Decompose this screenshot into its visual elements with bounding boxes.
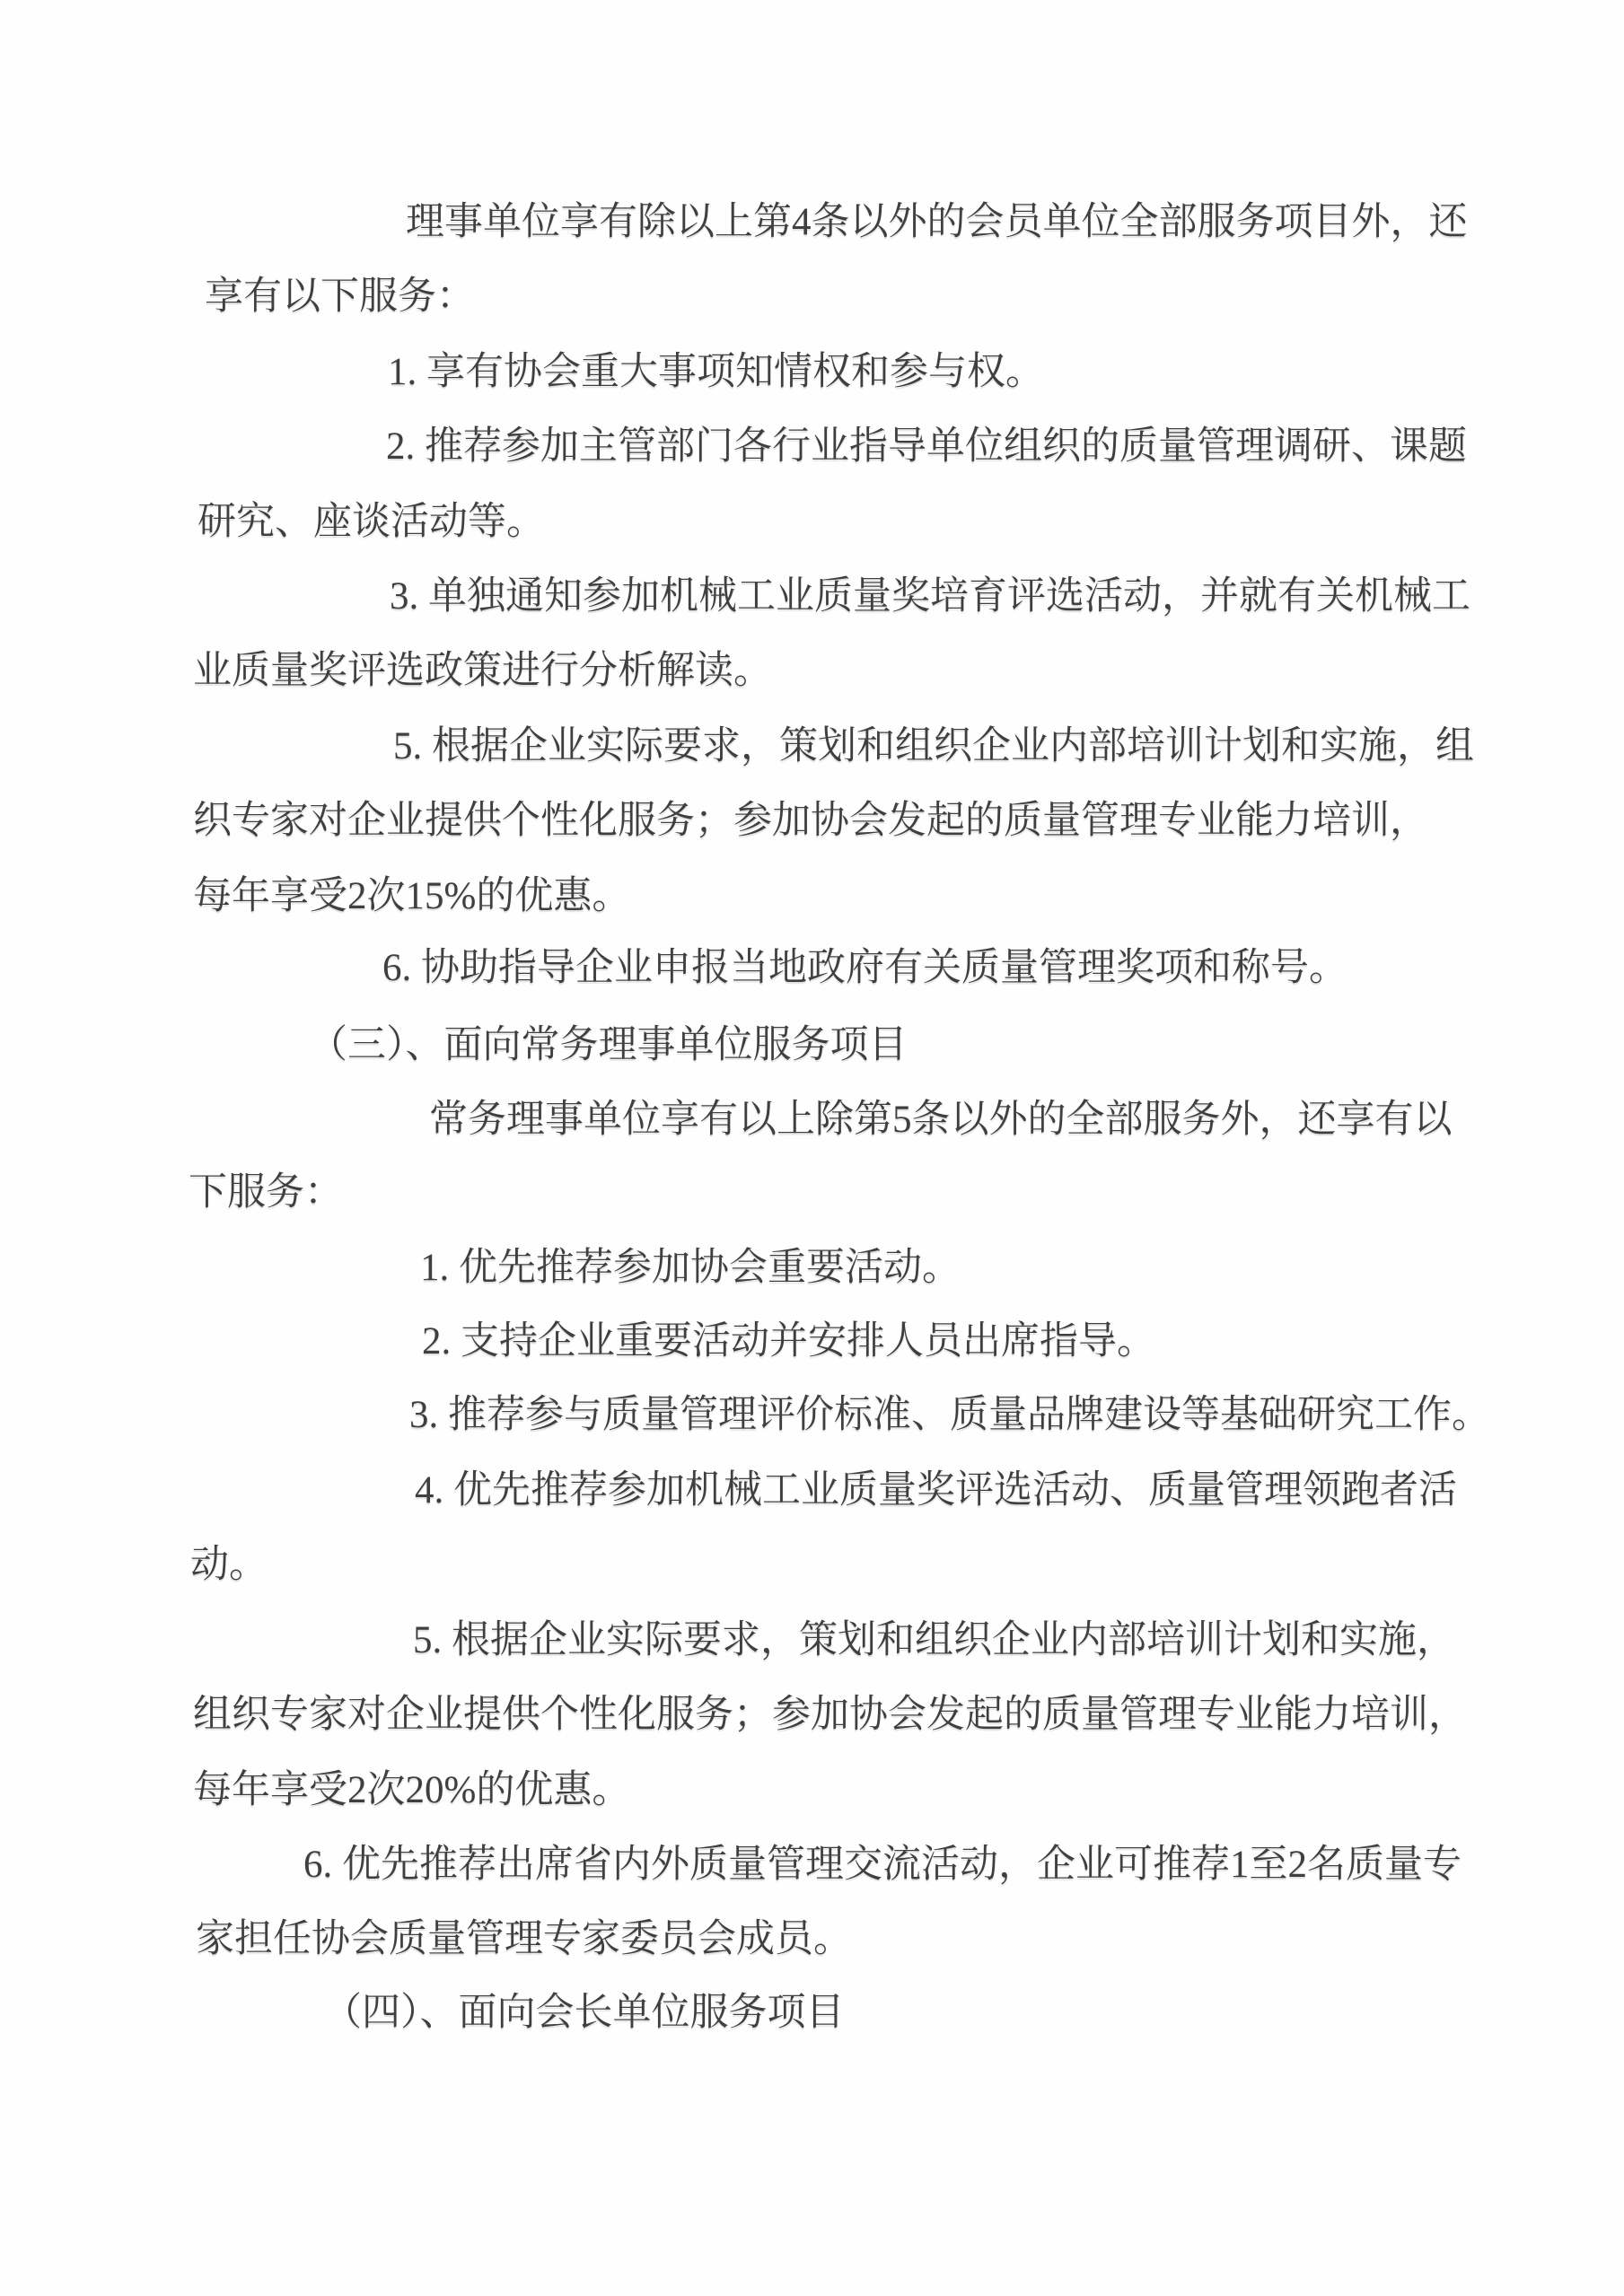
text-line: 5. 根据企业实际要求，策划和组织企业内部培训计划和实施， — [413, 1619, 1455, 1662]
text-line: 研究、座谈活动等。 — [198, 501, 545, 544]
text-line: 理事单位享有除以上第4条以外的会员单位全部服务项目外，还 — [406, 201, 1468, 244]
text-line: 6. 优先推荐出席省内外质量管理交流活动，企业可推荐1至2名质量专 — [303, 1844, 1462, 1887]
text-line: 家担任协会质量管理专家委员会成员。 — [196, 1918, 852, 1961]
text-line: 动。 — [190, 1544, 268, 1587]
text-line: （四）、面向会长单位服务项目 — [323, 1992, 845, 2035]
text-line: 4. 优先推荐参加机械工业质量奖评选活动、质量管理领跑者活 — [415, 1469, 1457, 1512]
text-line: 组织专家对企业提供个性化服务；参加协会发起的质量管理专业能力培训， — [193, 1694, 1467, 1737]
text-line: 享有以下服务： — [205, 276, 475, 319]
text-line: 2. 推荐参加主管部门各行业指导单位组织的质量管理调研、课题 — [386, 425, 1467, 469]
text-line: 织专家对企业提供个性化服务；参加协会发起的质量管理专业能力培训， — [193, 800, 1428, 843]
text-line: 常务理事单位享有以上除第5条以外的全部服务外，还享有以 — [429, 1099, 1453, 1142]
text-line: 业质量奖评选政策进行分析解读。 — [193, 650, 772, 693]
text-line: 1. 享有协会重大事项知情权和参与权。 — [388, 351, 1044, 394]
text-line: 6. 协助指导企业申报当地政府有关质量管理奖项和称号。 — [382, 947, 1347, 990]
document-page: 理事单位享有除以上第4条以外的会员单位全部服务项目外，还享有以下服务：1. 享有… — [0, 0, 1624, 2296]
text-line: 下服务： — [189, 1171, 343, 1214]
text-line: 每年享受2次15%的优惠。 — [193, 875, 630, 918]
text-line: 1. 优先推荐参加协会重要活动。 — [420, 1247, 961, 1290]
text-line: （三）、面向常务理事单位服务项目 — [309, 1024, 908, 1067]
text-line: 3. 推荐参与质量管理评价标准、质量品牌建设等基础研究工作。 — [409, 1394, 1490, 1437]
text-line: 每年享受2次20%的优惠。 — [193, 1769, 630, 1812]
text-line: 5. 根据企业实际要求，策划和组织企业内部培训计划和实施，组 — [393, 725, 1474, 768]
text-line: 3. 单独通知参加机械工业质量奖培育评选活动，并就有关机械工 — [390, 575, 1470, 618]
text-line: 2. 支持企业重要活动并安排人员出席指导。 — [422, 1320, 1155, 1363]
